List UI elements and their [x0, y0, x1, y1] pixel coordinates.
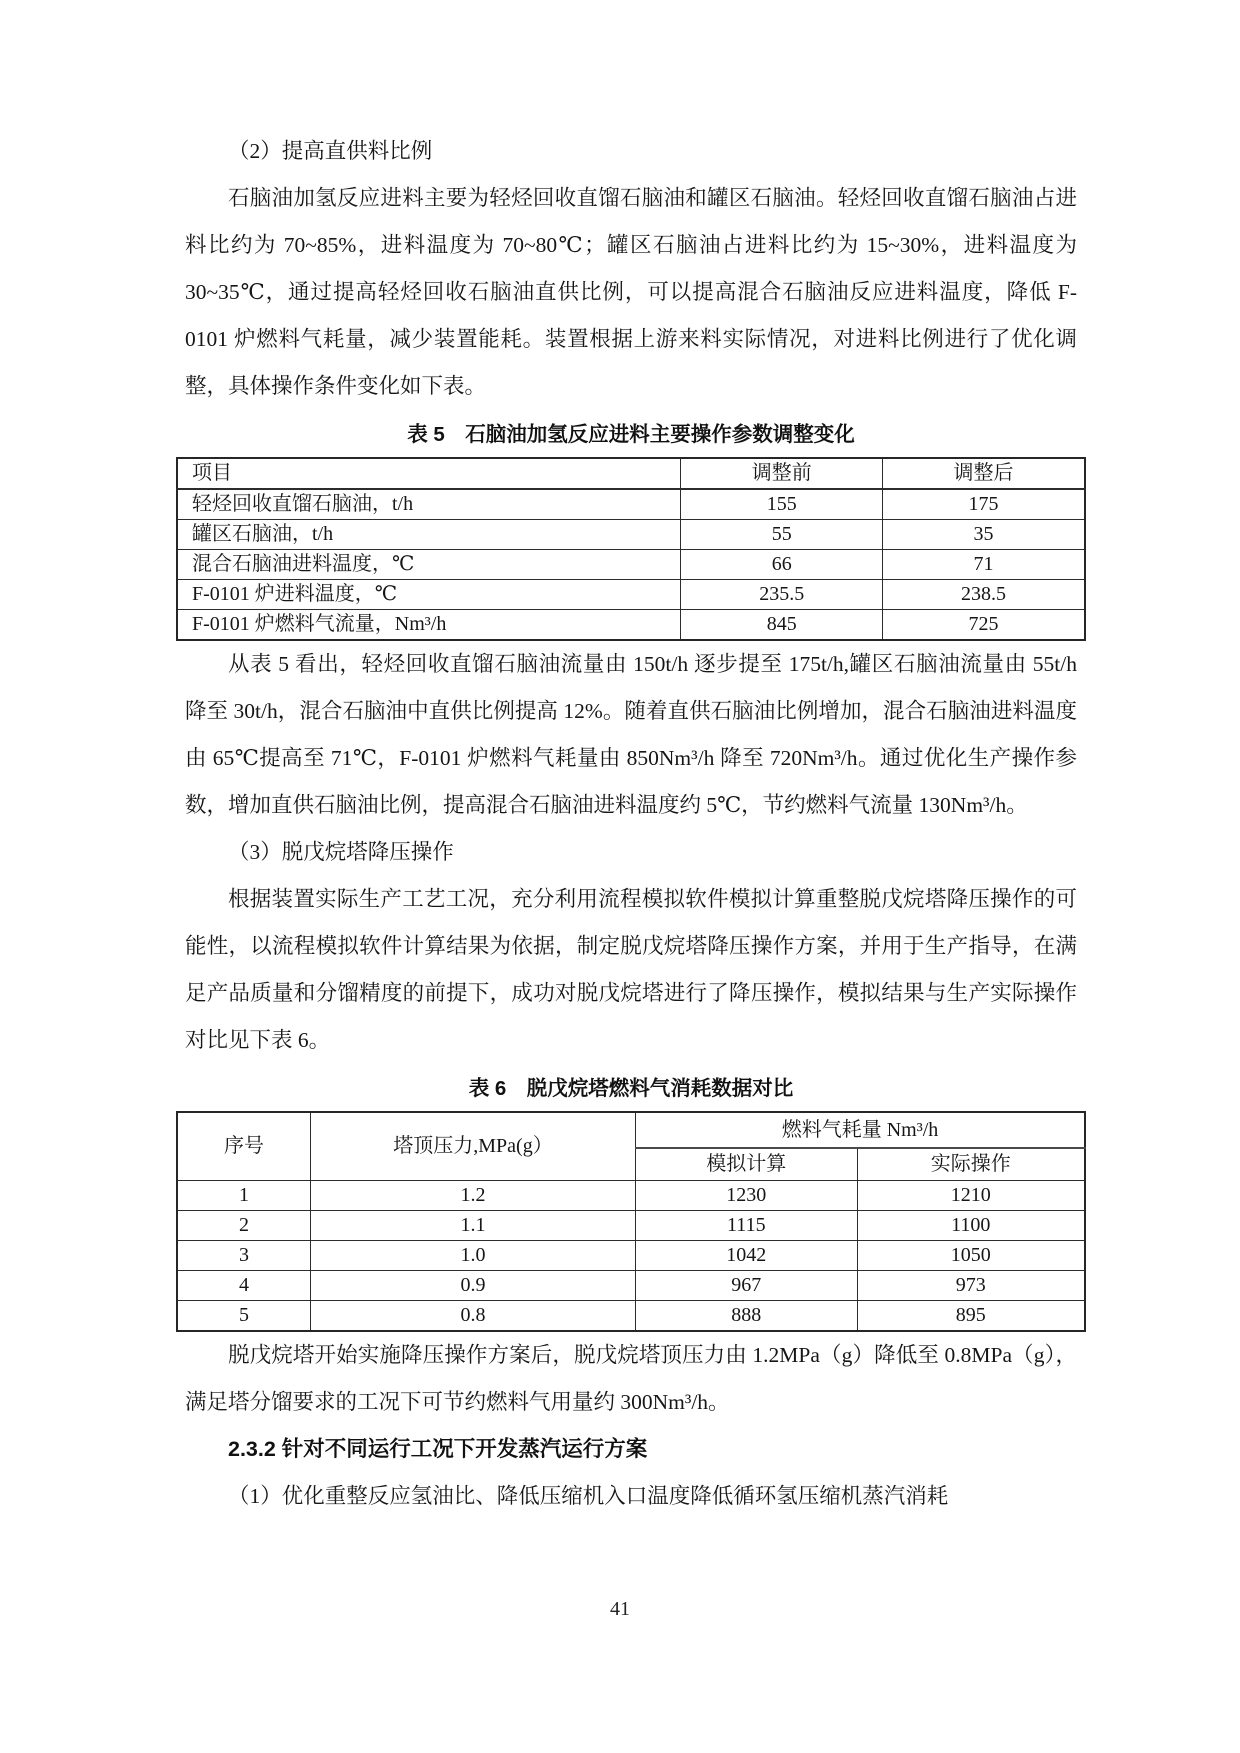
table-cell: 1230 [636, 1181, 858, 1211]
table6-header-actual: 实际操作 [857, 1148, 1085, 1181]
table5-header-before: 调整前 [681, 458, 883, 489]
table-cell: 895 [857, 1301, 1085, 1332]
table6-header-pressure: 塔顶压力,MPa(g） [310, 1112, 635, 1181]
section-heading-2-3-2: 2.3.2 针对不同运行工况下开发蒸汽运行方案 [185, 1426, 1077, 1473]
table-cell: 1 [177, 1181, 310, 1211]
table6-header-fuel: 燃料气耗量 Nm³/h [636, 1112, 1085, 1148]
table-cell: 1.1 [310, 1211, 635, 1241]
table-cell: 轻烃回收直馏石脑油，t/h [177, 489, 681, 520]
table-row: 罐区石脑油，t/h 55 35 [177, 520, 1085, 550]
table-5: 项目 调整前 调整后 轻烃回收直馏石脑油，t/h 155 175 罐区石脑油，t… [176, 457, 1086, 641]
table-6: 序号 塔顶压力,MPa(g） 燃料气耗量 Nm³/h 模拟计算 实际操作 1 1… [176, 1111, 1086, 1332]
page-number: 41 [0, 1598, 1240, 1621]
table-row: 3 1.0 1042 1050 [177, 1241, 1085, 1271]
paragraph-pressure-result: 脱戊烷塔开始实施降压操作方案后，脱戊烷塔顶压力由 1.2MPa（g）降低至 0.… [185, 1332, 1077, 1426]
table-cell: 1042 [636, 1241, 858, 1271]
table-row: 轻烃回收直馏石脑油，t/h 155 175 [177, 489, 1085, 520]
table-cell: F-0101 炉燃料气流量，Nm³/h [177, 610, 681, 641]
table-cell: 725 [883, 610, 1085, 641]
table-cell: 4 [177, 1271, 310, 1301]
table-row: 5 0.8 888 895 [177, 1301, 1085, 1332]
table-row: 混合石脑油进料温度，℃ 66 71 [177, 550, 1085, 580]
table-cell: 155 [681, 489, 883, 520]
table-cell: 3 [177, 1241, 310, 1271]
table-cell: 1100 [857, 1211, 1085, 1241]
table-cell: 238.5 [883, 580, 1085, 610]
subsection-heading-3: （3）脱戊烷塔降压操作 [185, 829, 1077, 876]
table-cell: 1050 [857, 1241, 1085, 1271]
page-content: （2）提高直供料比例 石脑油加氢反应进料主要为轻烃回收直馏石脑油和罐区石脑油。轻… [185, 128, 1077, 1520]
table-cell: 175 [883, 489, 1085, 520]
table5-caption: 表 5 石脑油加氢反应进料主要操作参数调整变化 [185, 418, 1077, 452]
table6-caption: 表 6 脱戊烷塔燃料气消耗数据对比 [185, 1072, 1077, 1106]
table-cell: 0.9 [310, 1271, 635, 1301]
table-cell: 1.2 [310, 1181, 635, 1211]
paragraph-depentanizer: 根据装置实际生产工艺工况，充分利用流程模拟软件模拟计算重整脱戊烷塔降压操作的可能… [185, 876, 1077, 1064]
table6-header-row-1: 序号 塔顶压力,MPa(g） 燃料气耗量 Nm³/h [177, 1112, 1085, 1148]
table-cell: 5 [177, 1301, 310, 1332]
subsection-heading-2: （2）提高直供料比例 [185, 128, 1077, 175]
table-cell: 1115 [636, 1211, 858, 1241]
table5-header-row: 项目 调整前 调整后 [177, 458, 1085, 489]
table-cell: 1.0 [310, 1241, 635, 1271]
table-row: 2 1.1 1115 1100 [177, 1211, 1085, 1241]
table-cell: 967 [636, 1271, 858, 1301]
table-cell: 0.8 [310, 1301, 635, 1332]
table5-header-item: 项目 [177, 458, 681, 489]
paragraph-steam-plan: （1）优化重整反应氢油比、降低压缩机入口温度降低循环氢压缩机蒸汽消耗 [185, 1473, 1077, 1520]
table-row: F-0101 炉燃料气流量，Nm³/h 845 725 [177, 610, 1085, 641]
table-cell: 66 [681, 550, 883, 580]
table-cell: F-0101 炉进料温度，℃ [177, 580, 681, 610]
table-cell: 845 [681, 610, 883, 641]
table-row: 1 1.2 1230 1210 [177, 1181, 1085, 1211]
paragraph-table5-analysis: 从表 5 看出，轻烃回收直馏石脑油流量由 150t/h 逐步提至 175t/h,… [185, 641, 1077, 829]
table6-header-seq: 序号 [177, 1112, 310, 1181]
table-cell: 2 [177, 1211, 310, 1241]
table-cell: 888 [636, 1301, 858, 1332]
table-cell: 71 [883, 550, 1085, 580]
table-cell: 235.5 [681, 580, 883, 610]
table-cell: 973 [857, 1271, 1085, 1301]
table-cell: 35 [883, 520, 1085, 550]
table-cell: 混合石脑油进料温度，℃ [177, 550, 681, 580]
table-cell: 55 [681, 520, 883, 550]
document-page: （2）提高直供料比例 石脑油加氢反应进料主要为轻烃回收直馏石脑油和罐区石脑油。轻… [0, 0, 1240, 1753]
table5-header-after: 调整后 [883, 458, 1085, 489]
table-row: 4 0.9 967 973 [177, 1271, 1085, 1301]
table-cell: 1210 [857, 1181, 1085, 1211]
table6-header-sim: 模拟计算 [636, 1148, 858, 1181]
paragraph-feed-ratio: 石脑油加氢反应进料主要为轻烃回收直馏石脑油和罐区石脑油。轻烃回收直馏石脑油占进料… [185, 175, 1077, 410]
table-cell: 罐区石脑油，t/h [177, 520, 681, 550]
table-row: F-0101 炉进料温度，℃ 235.5 238.5 [177, 580, 1085, 610]
